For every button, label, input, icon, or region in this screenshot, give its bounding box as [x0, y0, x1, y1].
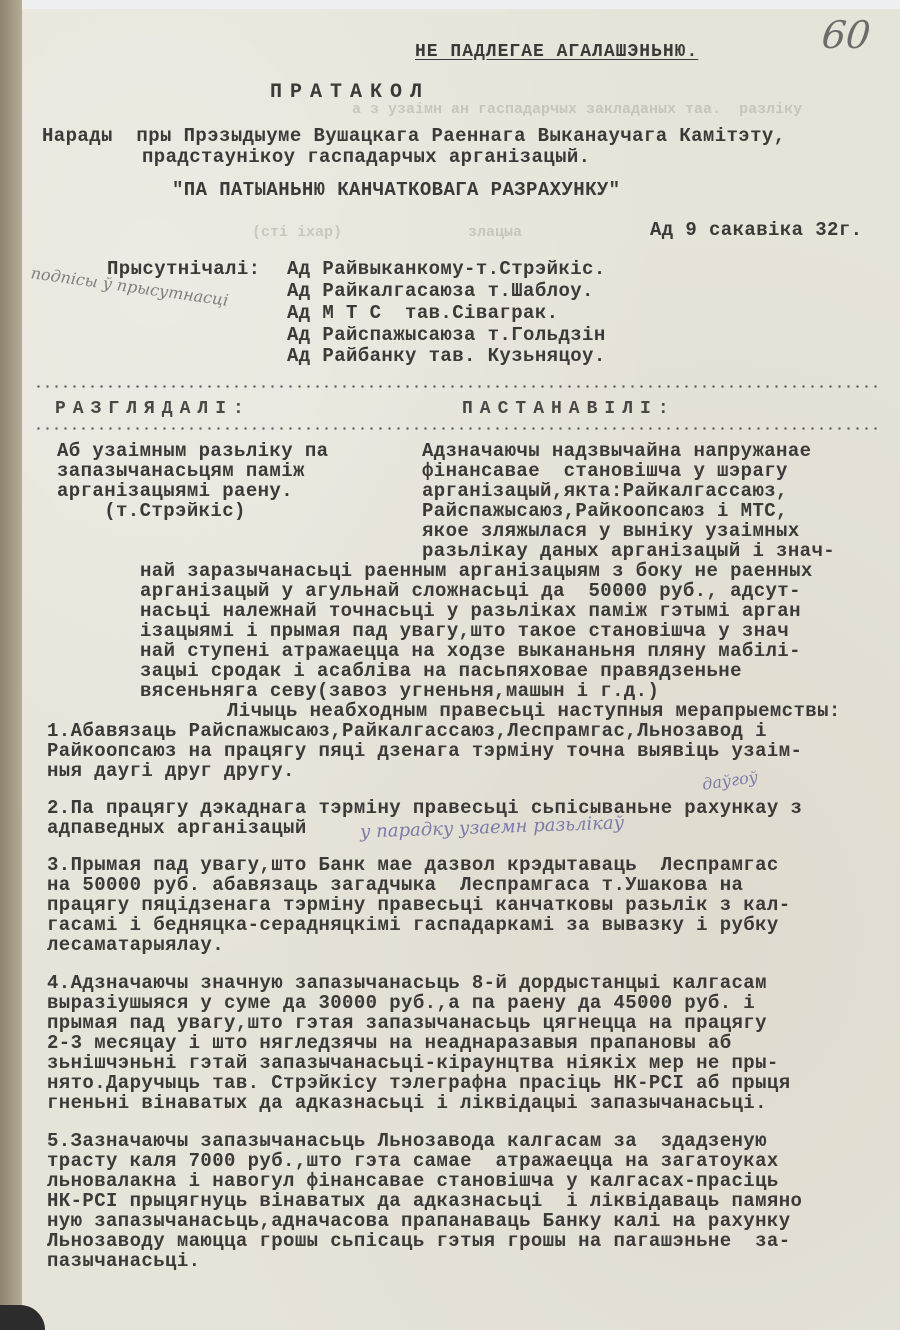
dotted-divider	[34, 427, 882, 430]
resolved-line: якое зляжылася у выніку узаімных	[422, 521, 800, 541]
resolved-line: Адзначаючы надзвычайна напружанае	[422, 441, 811, 461]
point-5-line: Льнозаводу маюцца грошы сьпісаць гэтыя г…	[47, 1231, 791, 1251]
subtitle-line-1: Нарады пры Прэзыдыуме Вушацкага Раеннага…	[42, 126, 786, 146]
measures-intro: Лічыць неабходным правесьці наступныя ме…	[227, 701, 841, 721]
document-page: а з узаімн ан гаспадарчых закладаных таа…	[22, 9, 900, 1330]
handwritten-correction-above: даўгоў	[701, 767, 759, 794]
subtitle-line-2: прадстаунікоу гаспадарчых арганізацый.	[142, 147, 590, 167]
point-5-line: льновалакна і навогул фінансавае станові…	[47, 1171, 779, 1191]
point-3-line: працягу пяцідзенага тэрміну правесьці ка…	[47, 895, 791, 915]
resolved-line: зацыі сродак і асабліва на пасьпяховае п…	[140, 661, 742, 681]
point-4-line: гненьні вінаватых да адказнасьці і лікві…	[47, 1093, 767, 1113]
classification-stamp: НЕ ПАДЛЕГАЕ АГАЛАШЭНЬНЮ.	[415, 42, 698, 62]
point-2-line: адпаведных арганізацый	[47, 818, 307, 838]
point-5-line: пазычанасьці.	[47, 1251, 200, 1271]
attendee-2: Ад Райкалгасаюза т.Шаблоу.	[287, 281, 594, 301]
scan-top-margin	[22, 0, 900, 9]
resolved-line: вясеньняга севу(завоз угненьня,машын і г…	[140, 681, 659, 701]
point-4-line: зьнішчэньні гэтай запазычанасьці-кіраунц…	[47, 1053, 779, 1073]
point-3-line: на 50000 руб. абавязаць загадчыка Леспра…	[47, 875, 743, 895]
dotted-divider	[34, 385, 882, 388]
point-2-line: 2.Па працягу дэкаднага тэрміну правесьці…	[47, 798, 802, 818]
considered-line: арганізацыямі раену.	[57, 481, 293, 501]
point-3-line: лесаматарыялау.	[47, 935, 224, 955]
considered-line: запазычанасьцям паміж	[57, 461, 305, 481]
point-5-line: 5.Зазначаючы запазычанасьць Льнозавода к…	[47, 1131, 767, 1151]
resolved-line: най ступені атражаецца на ходзе выканань…	[140, 641, 801, 661]
point-4-line: выразіушыяся у суме да 30000 руб.,а па р…	[47, 993, 755, 1013]
considered-line: Аб узаімным разьліку па	[57, 441, 328, 461]
attendee-5: Ад Райбанку тав. Кузьняцоу.	[287, 346, 606, 366]
bleed-through-text: (сті іхар) злацыа	[252, 224, 522, 241]
point-1-line: 1.Абавязаць Райспажысаюз,Райкалгассаюз,Л…	[47, 721, 767, 741]
resolved-line: разьлікау даных арганізацый і знач-	[422, 541, 835, 561]
point-5-line: ную запазычанасьць,адначасова прапанавац…	[47, 1211, 791, 1231]
point-5-line: НК-РСІ прыцягнуць вінаватых да адказнась…	[47, 1191, 802, 1211]
resolved-line: насьці належнай точнасьці у разьліках па…	[140, 601, 801, 621]
point-1-line: Райкоопсаюз на працягу пяці дзенага тэрм…	[47, 741, 802, 761]
considered-header: РАЗГЛЯДАЛІ:	[55, 399, 251, 419]
point-4-line: 4.Адзначаючы значную запазычанасьць 8-й …	[47, 973, 767, 993]
point-1-line: ныя даугі друг другу.	[47, 761, 295, 781]
resolved-line: ізацыямі і прымая пад увагу,што такое ст…	[140, 621, 789, 641]
attendee-1: Ад Райвыканкому-т.Стрэйкіс.	[287, 259, 606, 279]
handwritten-page-number: 60	[819, 13, 872, 57]
document-topic: "ПА ПАТЫАНЬНЮ КАНЧАТКОВАГА РАЗРАХУНКУ"	[172, 180, 620, 200]
attendee-4: Ад Райспажысаюза т.Гольдзін	[287, 325, 606, 345]
point-4-line: 2-3 месяцау і што нягледзячы на неаднара…	[47, 1033, 732, 1053]
resolved-line: арганізацый,якта:Райкалгассаюз,	[422, 481, 788, 501]
resolved-header: ПАСТАНАВІЛІ:	[462, 399, 676, 419]
point-4-line: прымая пад увагу,што гэтая запазычанасьц…	[47, 1013, 767, 1033]
resolved-line: фінансавае становішча у шэрагу	[422, 461, 788, 481]
point-3-line: 3.Прымая пад увагу,што Банк мае дазвол к…	[47, 855, 779, 875]
point-4-line: нято.Даручыць тав. Стрэйкісу тэлеграфна …	[47, 1073, 791, 1093]
binding-edge	[0, 0, 22, 1330]
resolved-line: арганізацый у агульнай сложнасьці да 500…	[140, 581, 801, 601]
point-5-line: трасту каля 7000 руб.,што гэта самае атр…	[47, 1151, 779, 1171]
considered-speaker: (т.Стрэйкіс)	[57, 501, 246, 521]
resolved-line: най заразычанасьці раенным арганізацыям …	[140, 561, 813, 581]
resolved-line: Райспажысаюз,Райкоопсаюз і МТС,	[422, 501, 788, 521]
document-date: Ад 9 сакавіка 32г.	[650, 220, 862, 240]
point-3-line: гасамі і бедняцка-серадняцкімі гаспадарк…	[47, 915, 779, 935]
document-title: ПРАТАКОЛ	[270, 83, 430, 103]
attendee-3: Ад М Т С тав.Сіваграк.	[287, 303, 558, 323]
